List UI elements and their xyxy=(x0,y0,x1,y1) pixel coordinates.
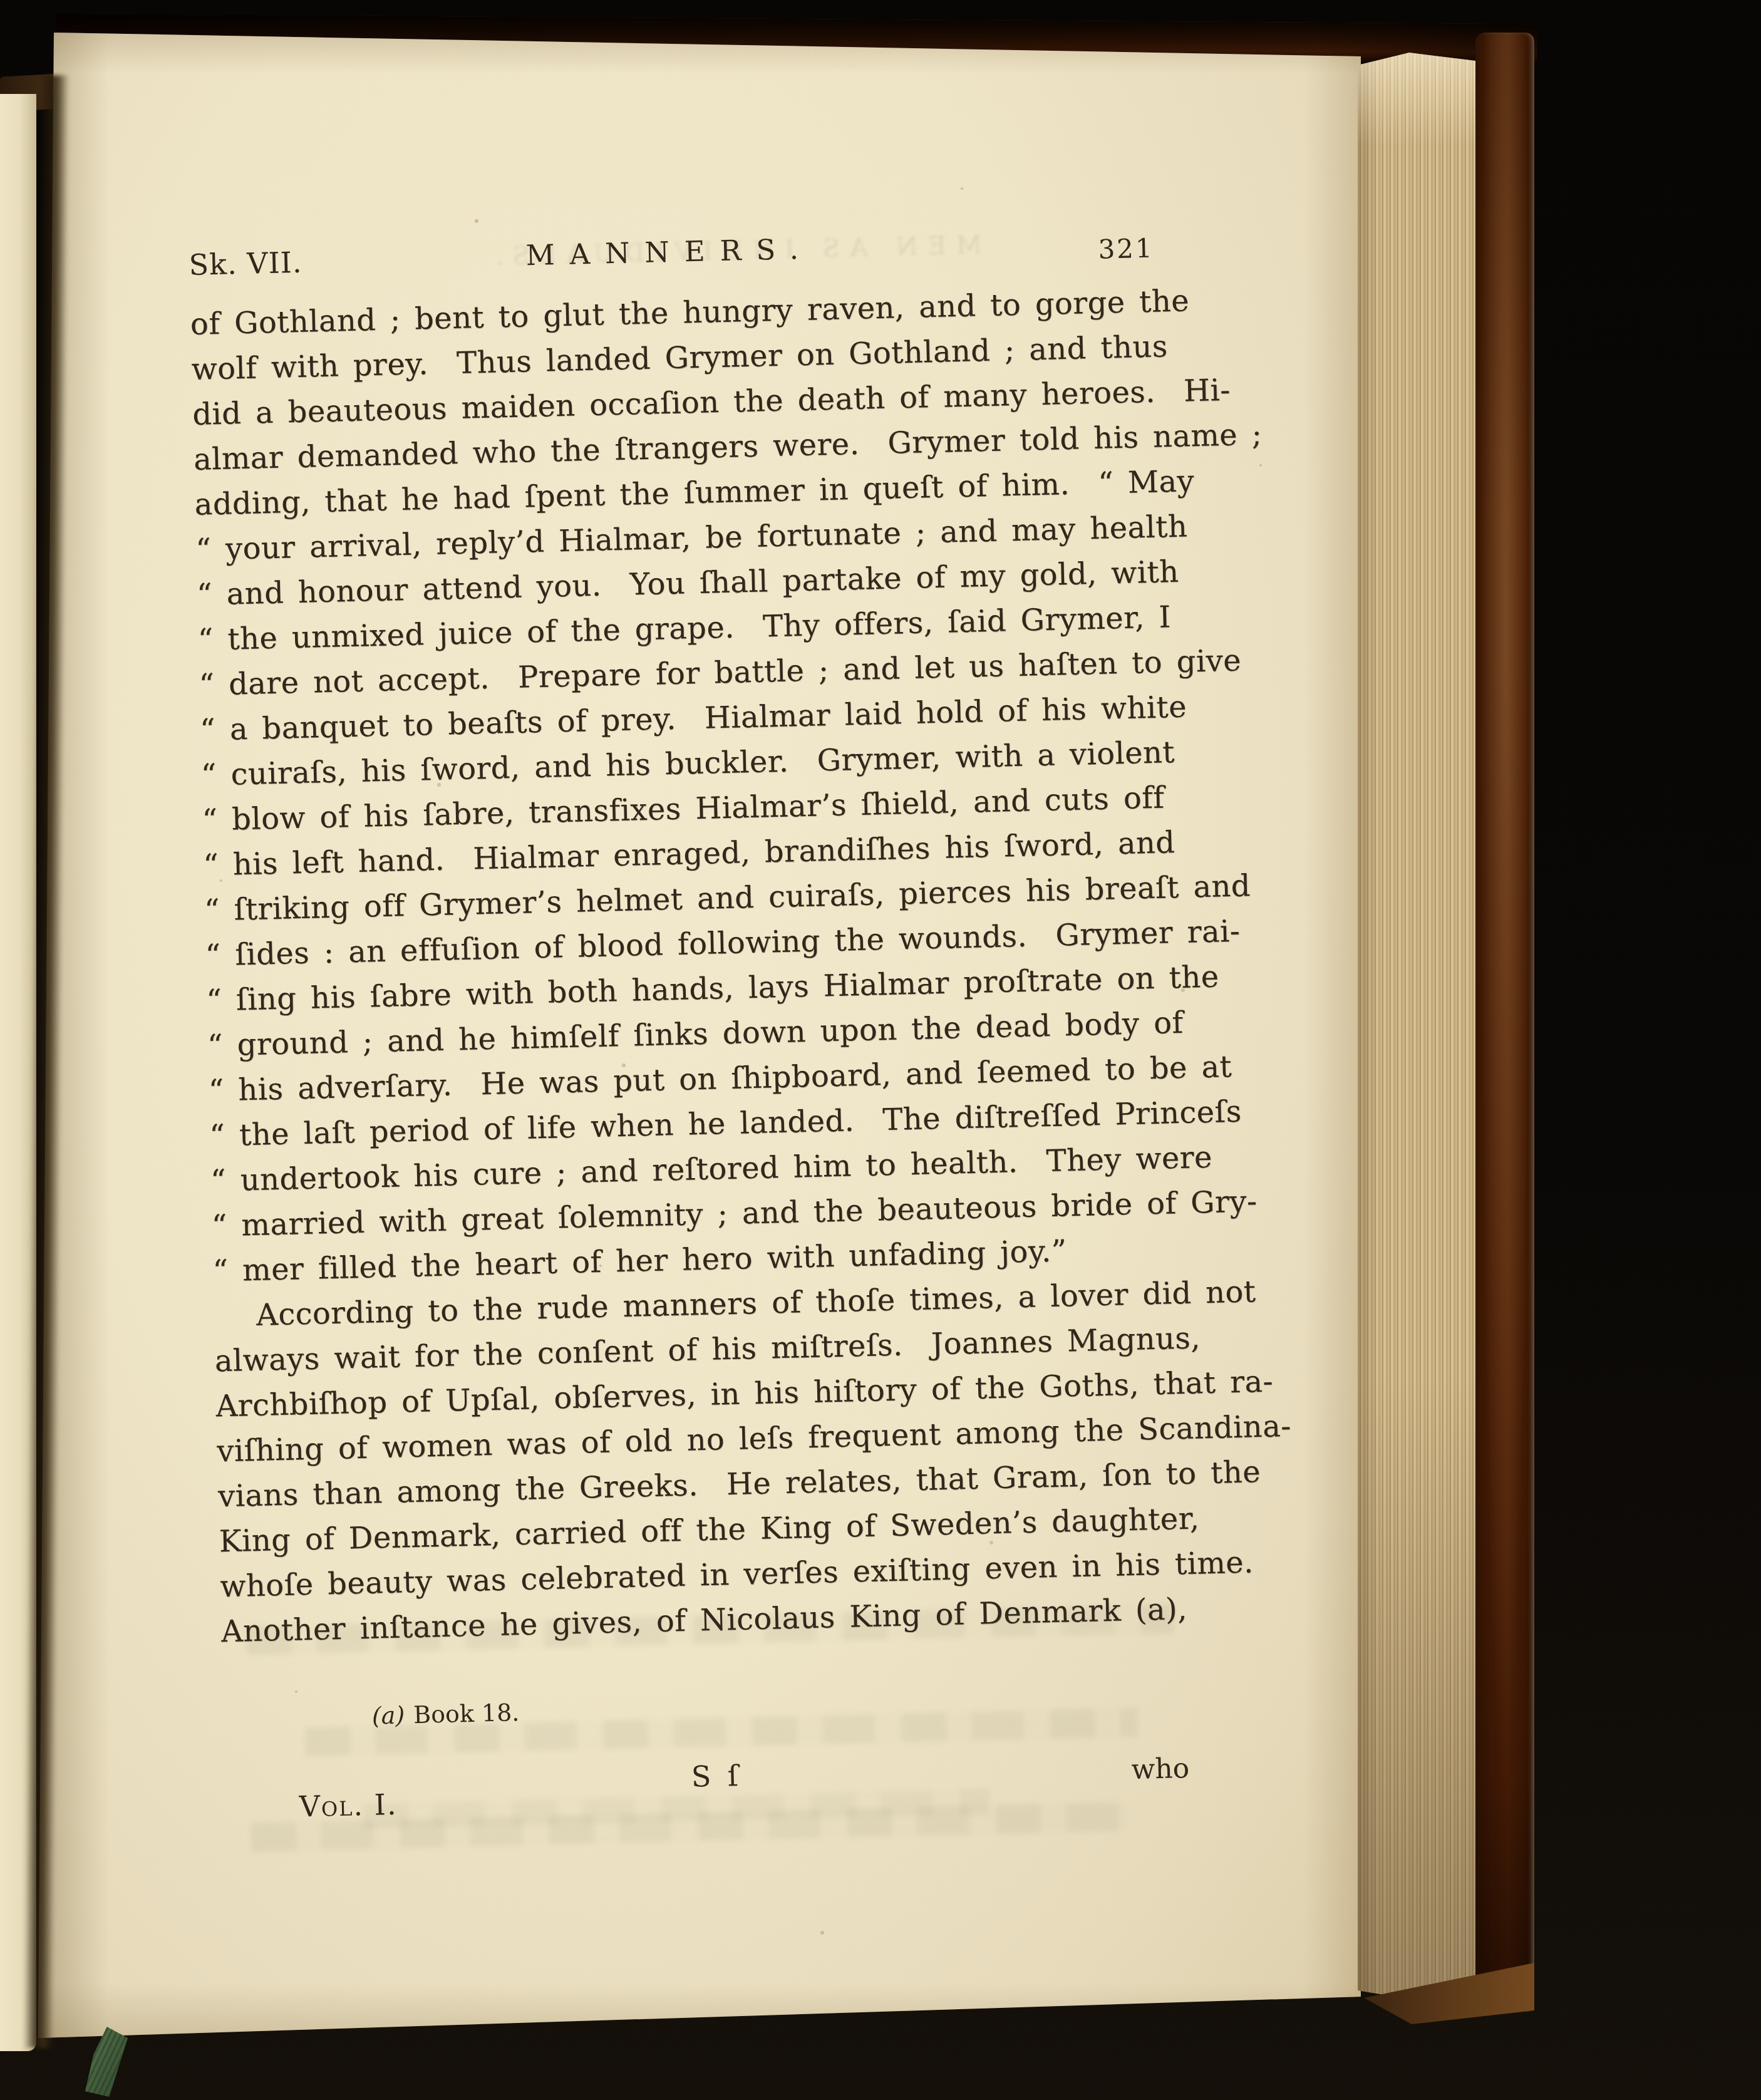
footnote-text: Book 18. xyxy=(413,1699,520,1729)
footnote: (a)Book 18. xyxy=(326,1671,520,1758)
body-text: of Gothland ; bent to glut the hungry ra… xyxy=(190,277,1296,1655)
printed-text-block: MEN AS INDIVIDUALS. Sk. VII. MANNERS. 32… xyxy=(188,195,1227,1947)
bookmark-tassel xyxy=(81,2027,128,2097)
leather-cover-right xyxy=(1475,33,1534,2012)
footer-signature-mark: S ſ xyxy=(691,1759,742,1794)
paper-speckles xyxy=(0,0,1,1)
fore-edge-page-block xyxy=(1358,53,1480,2002)
footer-volume-label: Vol. I. xyxy=(299,1787,398,1824)
header-section-label: Sk. VII. xyxy=(188,246,302,282)
book-photograph: MEN AS INDIVIDUALS. Sk. VII. MANNERS. 32… xyxy=(0,0,1761,2100)
footnote-marker: (a) xyxy=(371,1702,405,1730)
header-running-title: MANNERS. xyxy=(525,232,814,272)
footer-catchword: who xyxy=(1131,1752,1190,1786)
header-page-number: 321 xyxy=(1098,233,1154,265)
